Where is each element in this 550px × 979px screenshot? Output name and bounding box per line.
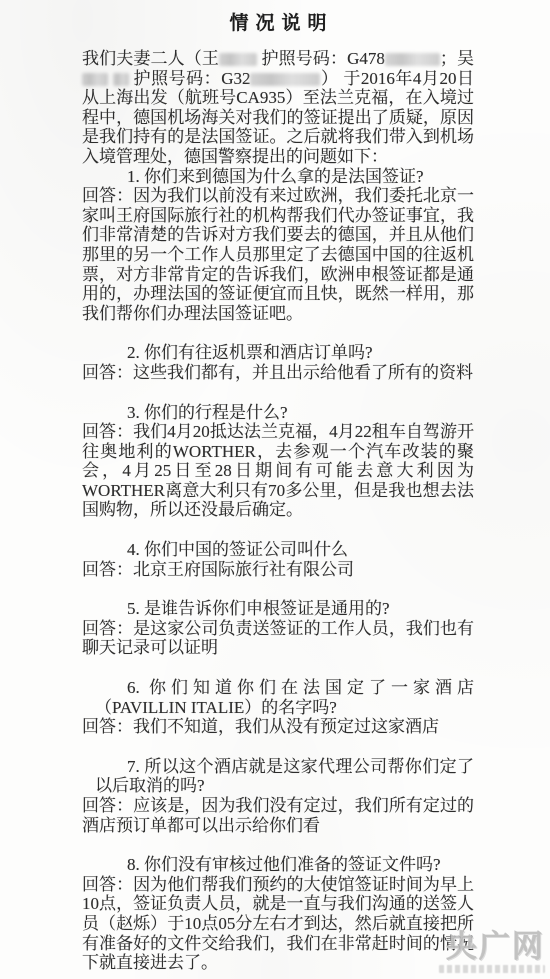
qa-question: 2. 你们有往返机票和酒店订单吗? — [82, 343, 474, 363]
qa-block: 4. 你们中国的签证公司叫什么回答：北京王府国际旅行社有限公司 — [82, 540, 474, 579]
qa-block: 8. 你们没有审核过他们准备的签证文件吗?回答：因为他们帮我们预约的大使馆签证时… — [82, 855, 474, 973]
qa-question: 7. 所以这个酒店就是这家代理公司帮你们定了以后取消的吗? — [82, 757, 474, 796]
qa-block: 7. 所以这个酒店就是这家代理公司帮你们定了以后取消的吗?回答：应该是，因为我们… — [82, 757, 474, 835]
intro-paragraph: 我们夫妻二人（王 护照号码：G478；吴 护照号码：G32） 于2016年4月2… — [82, 49, 474, 167]
qa-question: 1. 你们来到德国为什么拿的是法国签证? — [82, 167, 474, 187]
qa-answer: 回答：这些我们都有，并且出示给他看了所有的资料 — [82, 363, 474, 383]
redaction-blur — [82, 73, 108, 86]
intro-text: ；吴 — [440, 49, 474, 68]
qa-block: 3. 你们的行程是什么?回答：我们4月20抵达法兰克福，4月22租车自驾游开往奥… — [82, 403, 474, 521]
qa-block: 1. 你们来到德国为什么拿的是法国签证?回答：因为我们以前没有来过欧洲，我们委托… — [82, 167, 474, 324]
qa-question: 6. 你们知道你们在法国定了一家酒店（PAVILLIN ITALIE）的名字吗? — [82, 678, 474, 717]
document-page: 情况说明 我们夫妻二人（王 护照号码：G478；吴 护照号码：G32） 于201… — [0, 0, 550, 979]
intro-text: 护照号码：G478 — [257, 49, 385, 68]
qa-answer: 回答：应该是，因为我们没有定过，我们所有定过的酒店预订单都可以出示给你们看 — [82, 796, 474, 835]
qa-question: 5. 是谁告诉你们申根签证是通用的? — [82, 599, 474, 619]
document-title: 情况说明 — [82, 12, 474, 36]
qa-answer: 回答：因为他们帮我们预约的大使馆签证时间为早上10点，签证负责人员，就是一直与我… — [82, 875, 474, 973]
qa-answer: 回答：北京王府国际旅行社有限公司 — [82, 560, 474, 580]
qa-list: 1. 你们来到德国为什么拿的是法国签证?回答：因为我们以前没有来过欧洲，我们委托… — [82, 167, 474, 973]
qa-question: 3. 你们的行程是什么? — [82, 403, 474, 423]
redaction-blur — [385, 53, 440, 66]
intro-text: 我们夫妻二人（王 — [82, 49, 219, 68]
qa-answer: 回答：我们不知道，我们从没有预定过这家酒店 — [82, 717, 474, 737]
qa-answer: 回答：我们4月20抵达法兰克福，4月22租车自驾游开往奥地利的WORTHER，去… — [82, 422, 474, 520]
intro-text: 护照号码：G32 — [129, 69, 251, 88]
qa-answer: 回答：因为我们以前没有来过欧洲，我们委托北京一家叫王府国际旅行社的机构帮我们代办… — [82, 186, 474, 323]
redaction-blur — [219, 53, 257, 66]
document-content: 情况说明 我们夫妻二人（王 护照号码：G478；吴 护照号码：G32） 于201… — [82, 12, 474, 973]
qa-question: 4. 你们中国的签证公司叫什么 — [82, 540, 474, 560]
qa-block: 6. 你们知道你们在法国定了一家酒店（PAVILLIN ITALIE）的名字吗?… — [82, 678, 474, 737]
qa-answer: 回答：是这家公司负责送签证的工作人员，我们也有聊天记录可以证明 — [82, 619, 474, 658]
redaction-blur — [250, 73, 320, 86]
redaction-blur — [113, 73, 129, 86]
qa-question: 8. 你们没有审核过他们准备的签证文件吗? — [82, 855, 474, 875]
qa-block: 2. 你们有往返机票和酒店订单吗?回答：这些我们都有，并且出示给他看了所有的资料 — [82, 343, 474, 382]
qa-block: 5. 是谁告诉你们申根签证是通用的?回答：是这家公司负责送签证的工作人员，我们也… — [82, 599, 474, 658]
